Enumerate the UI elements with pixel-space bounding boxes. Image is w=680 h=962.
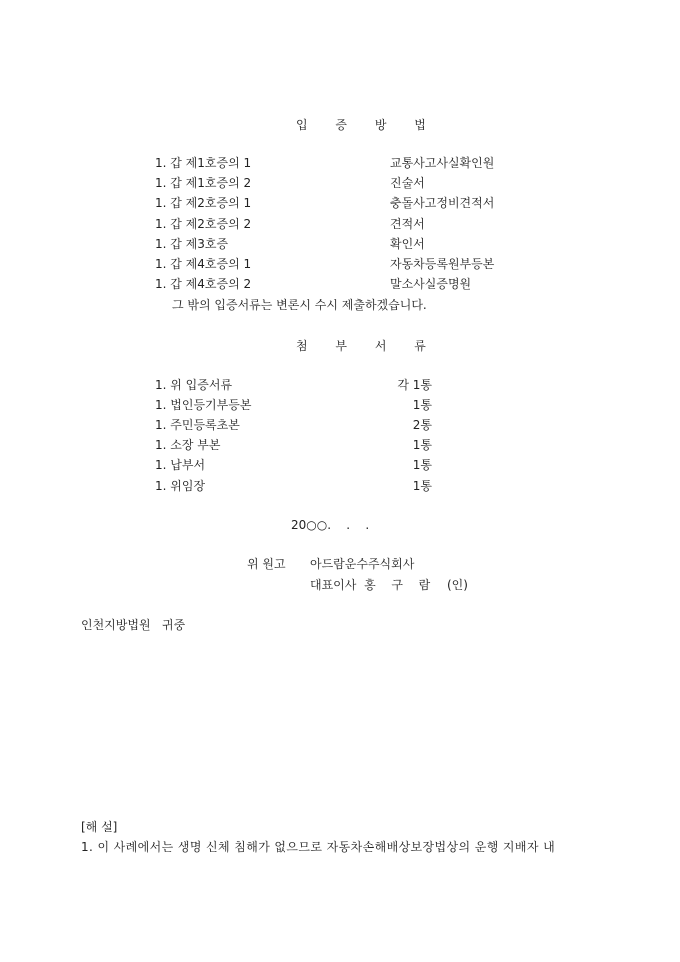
attachment-count: 2통 [413,418,432,432]
filing-date: 20○○. . . [291,518,369,532]
evidence-doc: 확인서 [390,237,425,251]
evidence-doc: 충돌사고정비견적서 [390,196,494,210]
plaintiff-company: 아드람운수주식회사 [310,557,414,571]
attachment-label: 1. 소장 부본 [155,438,220,452]
court-addressee: 인천지방법원 귀중 [81,618,185,632]
commentary-heading: [해 설] [81,820,117,834]
evidence-doc: 견적서 [390,217,425,231]
attachment-label: 1. 주민등록초본 [155,418,240,432]
evidence-label: 1. 갑 제1호증의 2 [155,176,251,190]
evidence-doc: 진술서 [390,176,425,190]
evidence-label: 1. 갑 제4호증의 1 [155,257,251,271]
evidence-label: 1. 갑 제3호증 [155,237,228,251]
attachment-label: 1. 납부서 [155,458,205,472]
seal-mark: (인) [447,578,468,592]
commentary-text: 1. 이 사례에서는 생명 신체 침해가 없으므로 자동차손해배상보장법상의 운… [81,840,555,854]
attachments-section-title: 첨 부 서 류 [296,339,438,353]
attachment-label: 1. 법인등기부등본 [155,398,251,412]
evidence-section-title: 입 증 방 법 [296,118,438,132]
representative-name: 대표이사 홍 구 람 [310,578,430,592]
attachment-count: 1통 [413,438,432,452]
evidence-label: 1. 갑 제2호증의 2 [155,217,251,231]
evidence-doc: 교통사고사실확인원 [390,156,494,170]
plaintiff-role: 위 원고 [247,557,286,571]
evidence-label: 1. 갑 제1호증의 1 [155,156,251,170]
evidence-label: 1. 갑 제4호증의 2 [155,277,251,291]
attachment-count: 1통 [413,398,432,412]
evidence-label: 1. 갑 제2호증의 1 [155,196,251,210]
evidence-note: 그 밖의 입증서류는 변론시 수시 제출하겠습니다. [172,298,427,312]
evidence-doc: 말소사실증명원 [390,277,471,291]
attachment-count: 1통 [413,458,432,472]
attachment-count: 1통 [413,479,432,493]
evidence-doc: 자동차등록원부등본 [390,257,494,271]
attachment-label: 1. 위 입증서류 [155,378,232,392]
attachment-label: 1. 위임장 [155,479,205,493]
attachment-count: 각 1통 [397,378,432,392]
